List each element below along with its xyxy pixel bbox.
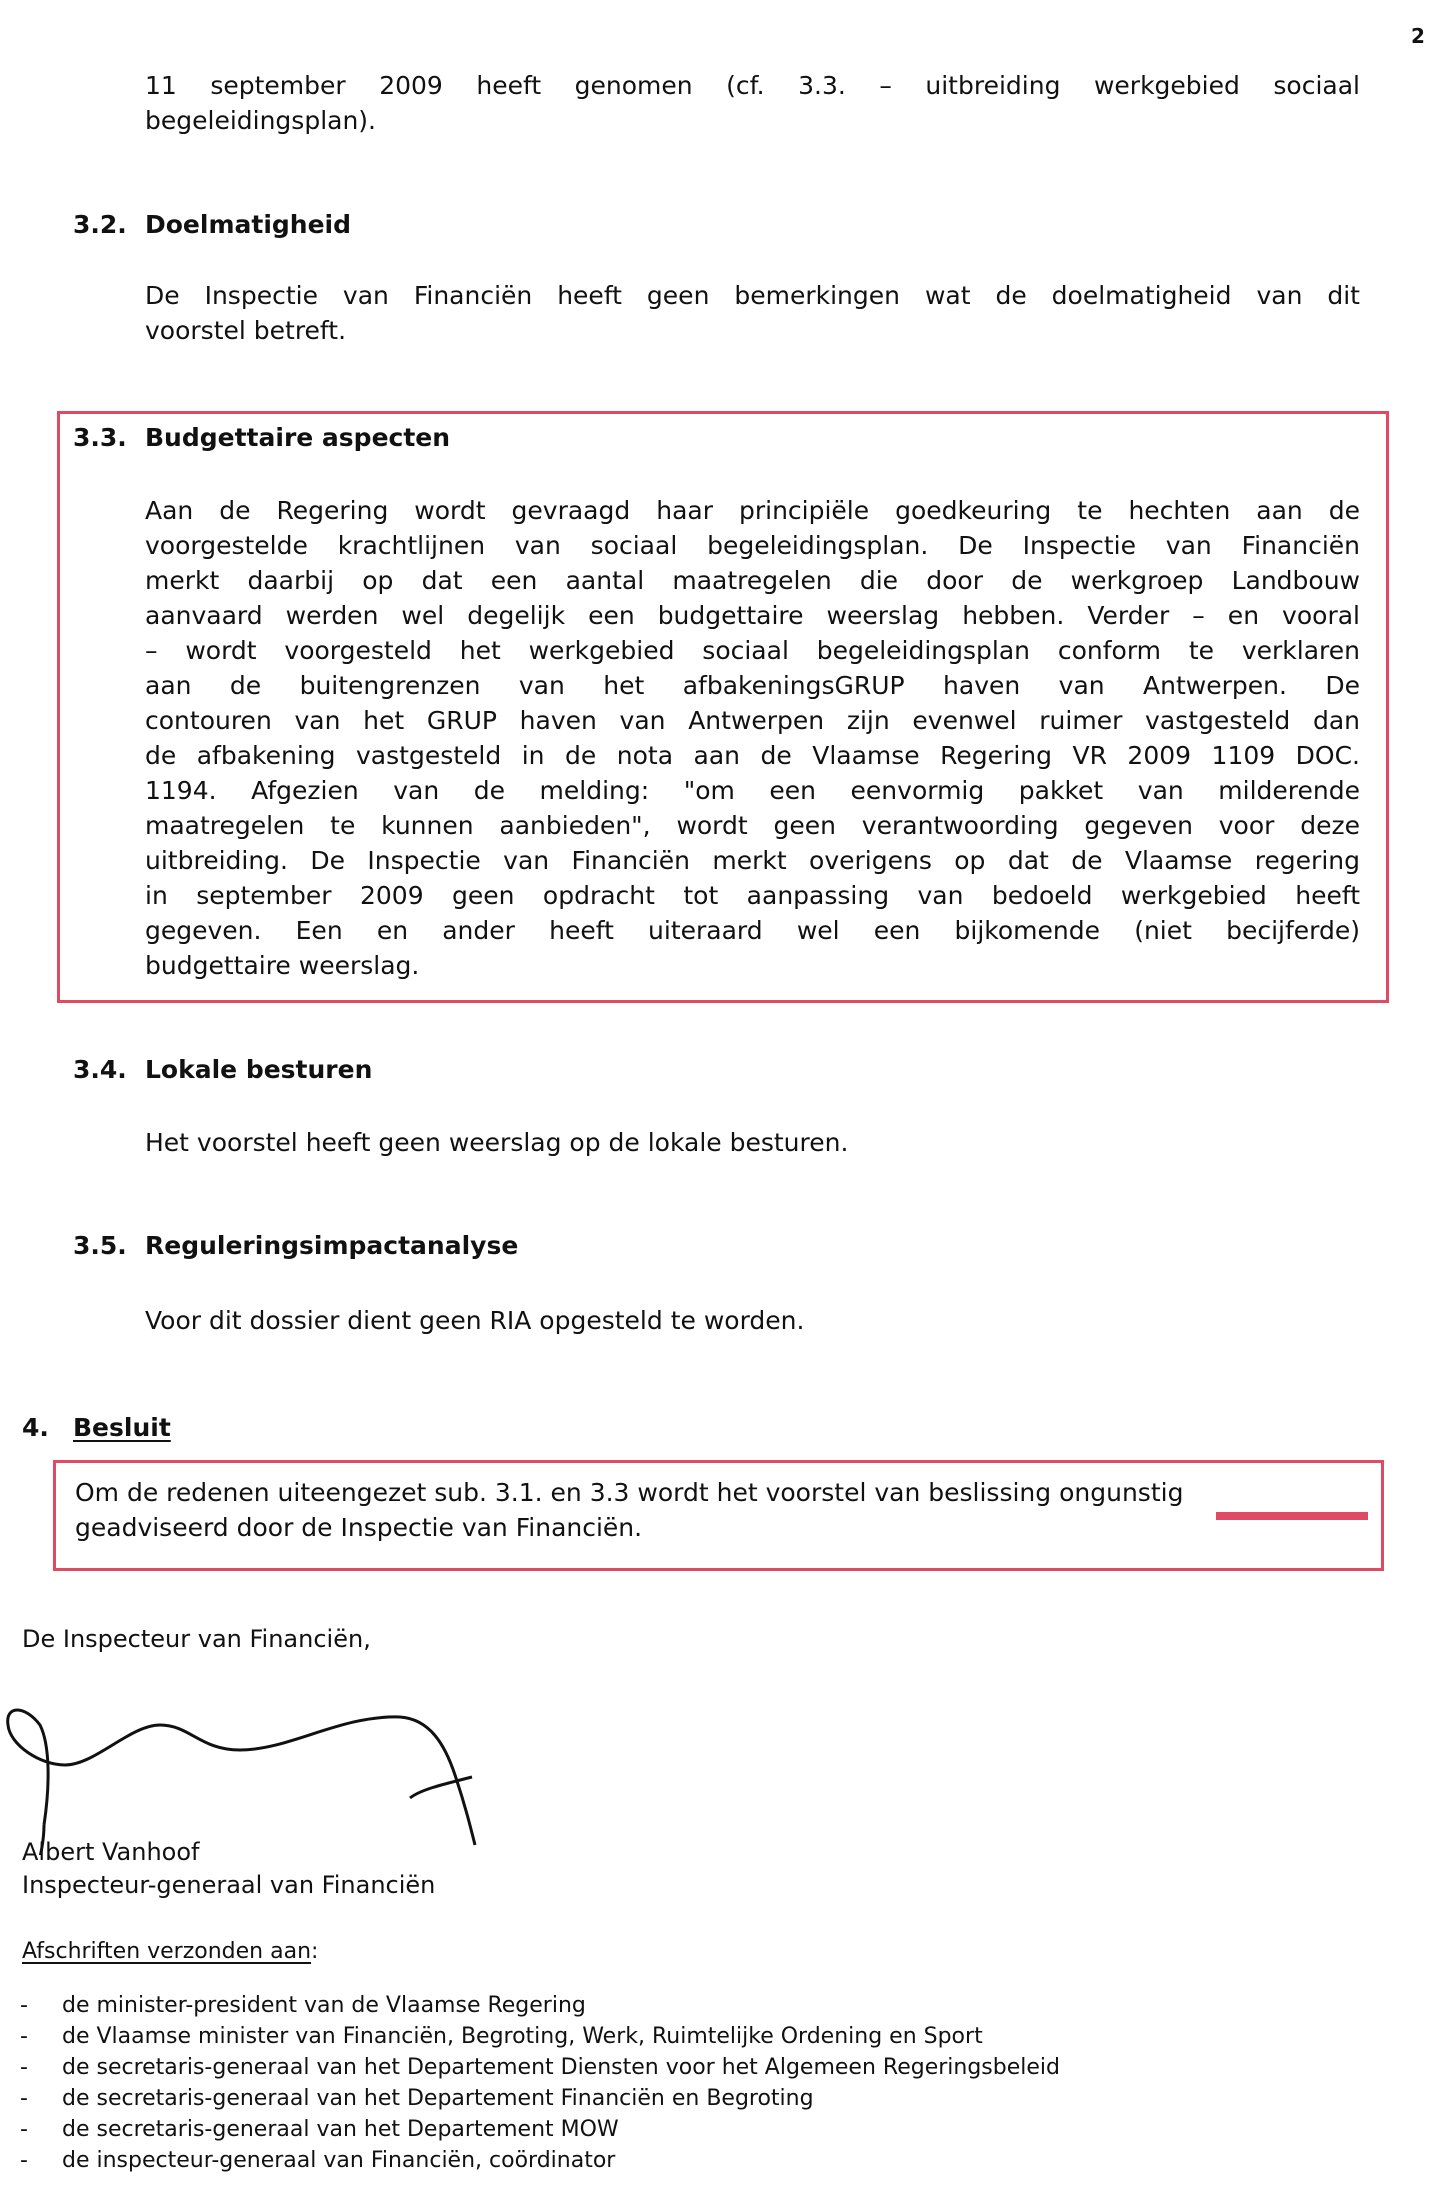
recipient-text: de Vlaamse minister van Financiën, Begro… (62, 2021, 983, 2052)
section-title: Reguleringsimpactanalyse (145, 1231, 518, 1260)
list-item: -de secretaris-generaal van het Departem… (20, 2052, 1060, 2083)
text-line: Aan de Regering wordt gevraagd haar prin… (145, 493, 1360, 528)
section-title: Besluit (73, 1413, 171, 1442)
text-line: De Inspectie van Financiën heeft geen be… (145, 278, 1360, 313)
text-line: 11 september 2009 heeft genomen (cf. 3.3… (145, 68, 1360, 103)
section-body-3-5: Voor dit dossier dient geen RIA opgestel… (145, 1303, 804, 1338)
decision-line-1: Om de redenen uiteengezet sub. 3.1. en 3… (75, 1475, 1183, 1510)
section-heading-3-2: 3.2.Doelmatigheid (73, 210, 351, 239)
section-body-3-2: De Inspectie van Financiën heeft geen be… (145, 278, 1360, 348)
signatory-title: Inspecteur-generaal van Financiën (22, 1868, 435, 1903)
text-line: voorstel betreft. (145, 313, 1360, 348)
text-line: de afbakening vastgesteld in de nota aan… (145, 738, 1360, 773)
section-heading-4: 4.Besluit (22, 1413, 171, 1442)
text-line: budgettaire weerslag. (145, 948, 1360, 983)
closing-salutation: De Inspecteur van Financiën, (22, 1622, 371, 1657)
text-line: 1194. Afgezien van de melding: "om een e… (145, 773, 1360, 808)
text-line: merkt daarbij op dat een aantal maatrege… (145, 563, 1360, 598)
distribution-list: -de minister-president van de Vlaamse Re… (20, 1990, 1060, 2176)
section-heading-3-3: 3.3.Budgettaire aspecten (73, 423, 450, 452)
text-line: – wordt voorgesteld het werkgebied socia… (145, 633, 1360, 668)
decision-line-2: geadviseerd door de Inspectie van Financ… (75, 1510, 642, 1545)
bullet-icon: - (20, 2145, 62, 2176)
text-line: maatregelen te kunnen aanbieden", wordt … (145, 808, 1360, 843)
list-item: -de secretaris-generaal van het Departem… (20, 2083, 1060, 2114)
text-line: aan de buitengrenzen van het afbakenings… (145, 668, 1360, 703)
section-title: Budgettaire aspecten (145, 423, 450, 452)
bullet-icon: - (20, 1990, 62, 2021)
text-line: gegeven. Een en ander heeft uiteraard we… (145, 913, 1360, 948)
decision-emphasis: ongunstig (1059, 1478, 1183, 1507)
bullet-icon: - (20, 2114, 62, 2145)
recipient-text: de secretaris-generaal van het Departeme… (62, 2114, 619, 2145)
list-item: -de inspecteur-generaal van Financiën, c… (20, 2145, 1060, 2176)
section-heading-3-5: 3.5.Reguleringsimpactanalyse (73, 1231, 518, 1260)
text-line: voorgestelde krachtlijnen van sociaal be… (145, 528, 1360, 563)
distribution-heading-colon: : (311, 1939, 318, 1964)
list-item: -de Vlaamse minister van Financiën, Begr… (20, 2021, 1060, 2052)
decision-text: Om de redenen uiteengezet sub. 3.1. en 3… (75, 1478, 1059, 1507)
text-line: uitbreiding. De Inspectie van Financiën … (145, 843, 1360, 878)
emphasis-underline-mark (1216, 1512, 1368, 1520)
section-number: 3.2. (73, 210, 145, 239)
intro-paragraph: 11 september 2009 heeft genomen (cf. 3.3… (145, 68, 1360, 138)
signature-icon (0, 1705, 560, 1855)
recipient-text: de secretaris-generaal van het Departeme… (62, 2052, 1060, 2083)
recipient-text: de minister-president van de Vlaamse Reg… (62, 1990, 586, 2021)
list-item: -de secretaris-generaal van het Departem… (20, 2114, 1060, 2145)
section-number: 3.5. (73, 1231, 145, 1260)
bullet-icon: - (20, 2083, 62, 2114)
section-body-3-4: Het voorstel heeft geen weerslag op de l… (145, 1125, 848, 1160)
section-heading-3-4: 3.4.Lokale besturen (73, 1055, 372, 1084)
distribution-heading-text: Afschriften verzonden aan (22, 1939, 311, 1964)
bullet-icon: - (20, 2052, 62, 2083)
section-number: 3.3. (73, 423, 145, 452)
section-number: 3.4. (73, 1055, 145, 1084)
section-body-3-3: Aan de Regering wordt gevraagd haar prin… (145, 493, 1360, 983)
signatory-name: Albert Vanhoof (22, 1835, 200, 1870)
text-line: in september 2009 geen opdracht tot aanp… (145, 878, 1360, 913)
list-item: -de minister-president van de Vlaamse Re… (20, 1990, 1060, 2021)
distribution-heading: Afschriften verzonden aan: (22, 1934, 318, 1969)
section-number: 4. (22, 1413, 73, 1442)
text-line: aanvaard werden wel degelijk een budgett… (145, 598, 1360, 633)
page-number: 2 (1411, 24, 1425, 48)
recipient-text: de inspecteur-generaal van Financiën, co… (62, 2145, 615, 2176)
bullet-icon: - (20, 2021, 62, 2052)
recipient-text: de secretaris-generaal van het Departeme… (62, 2083, 814, 2114)
section-title: Doelmatigheid (145, 210, 351, 239)
text-line: contouren van het GRUP haven van Antwerp… (145, 703, 1360, 738)
text-line: begeleidingsplan). (145, 103, 1360, 138)
section-title: Lokale besturen (145, 1055, 372, 1084)
